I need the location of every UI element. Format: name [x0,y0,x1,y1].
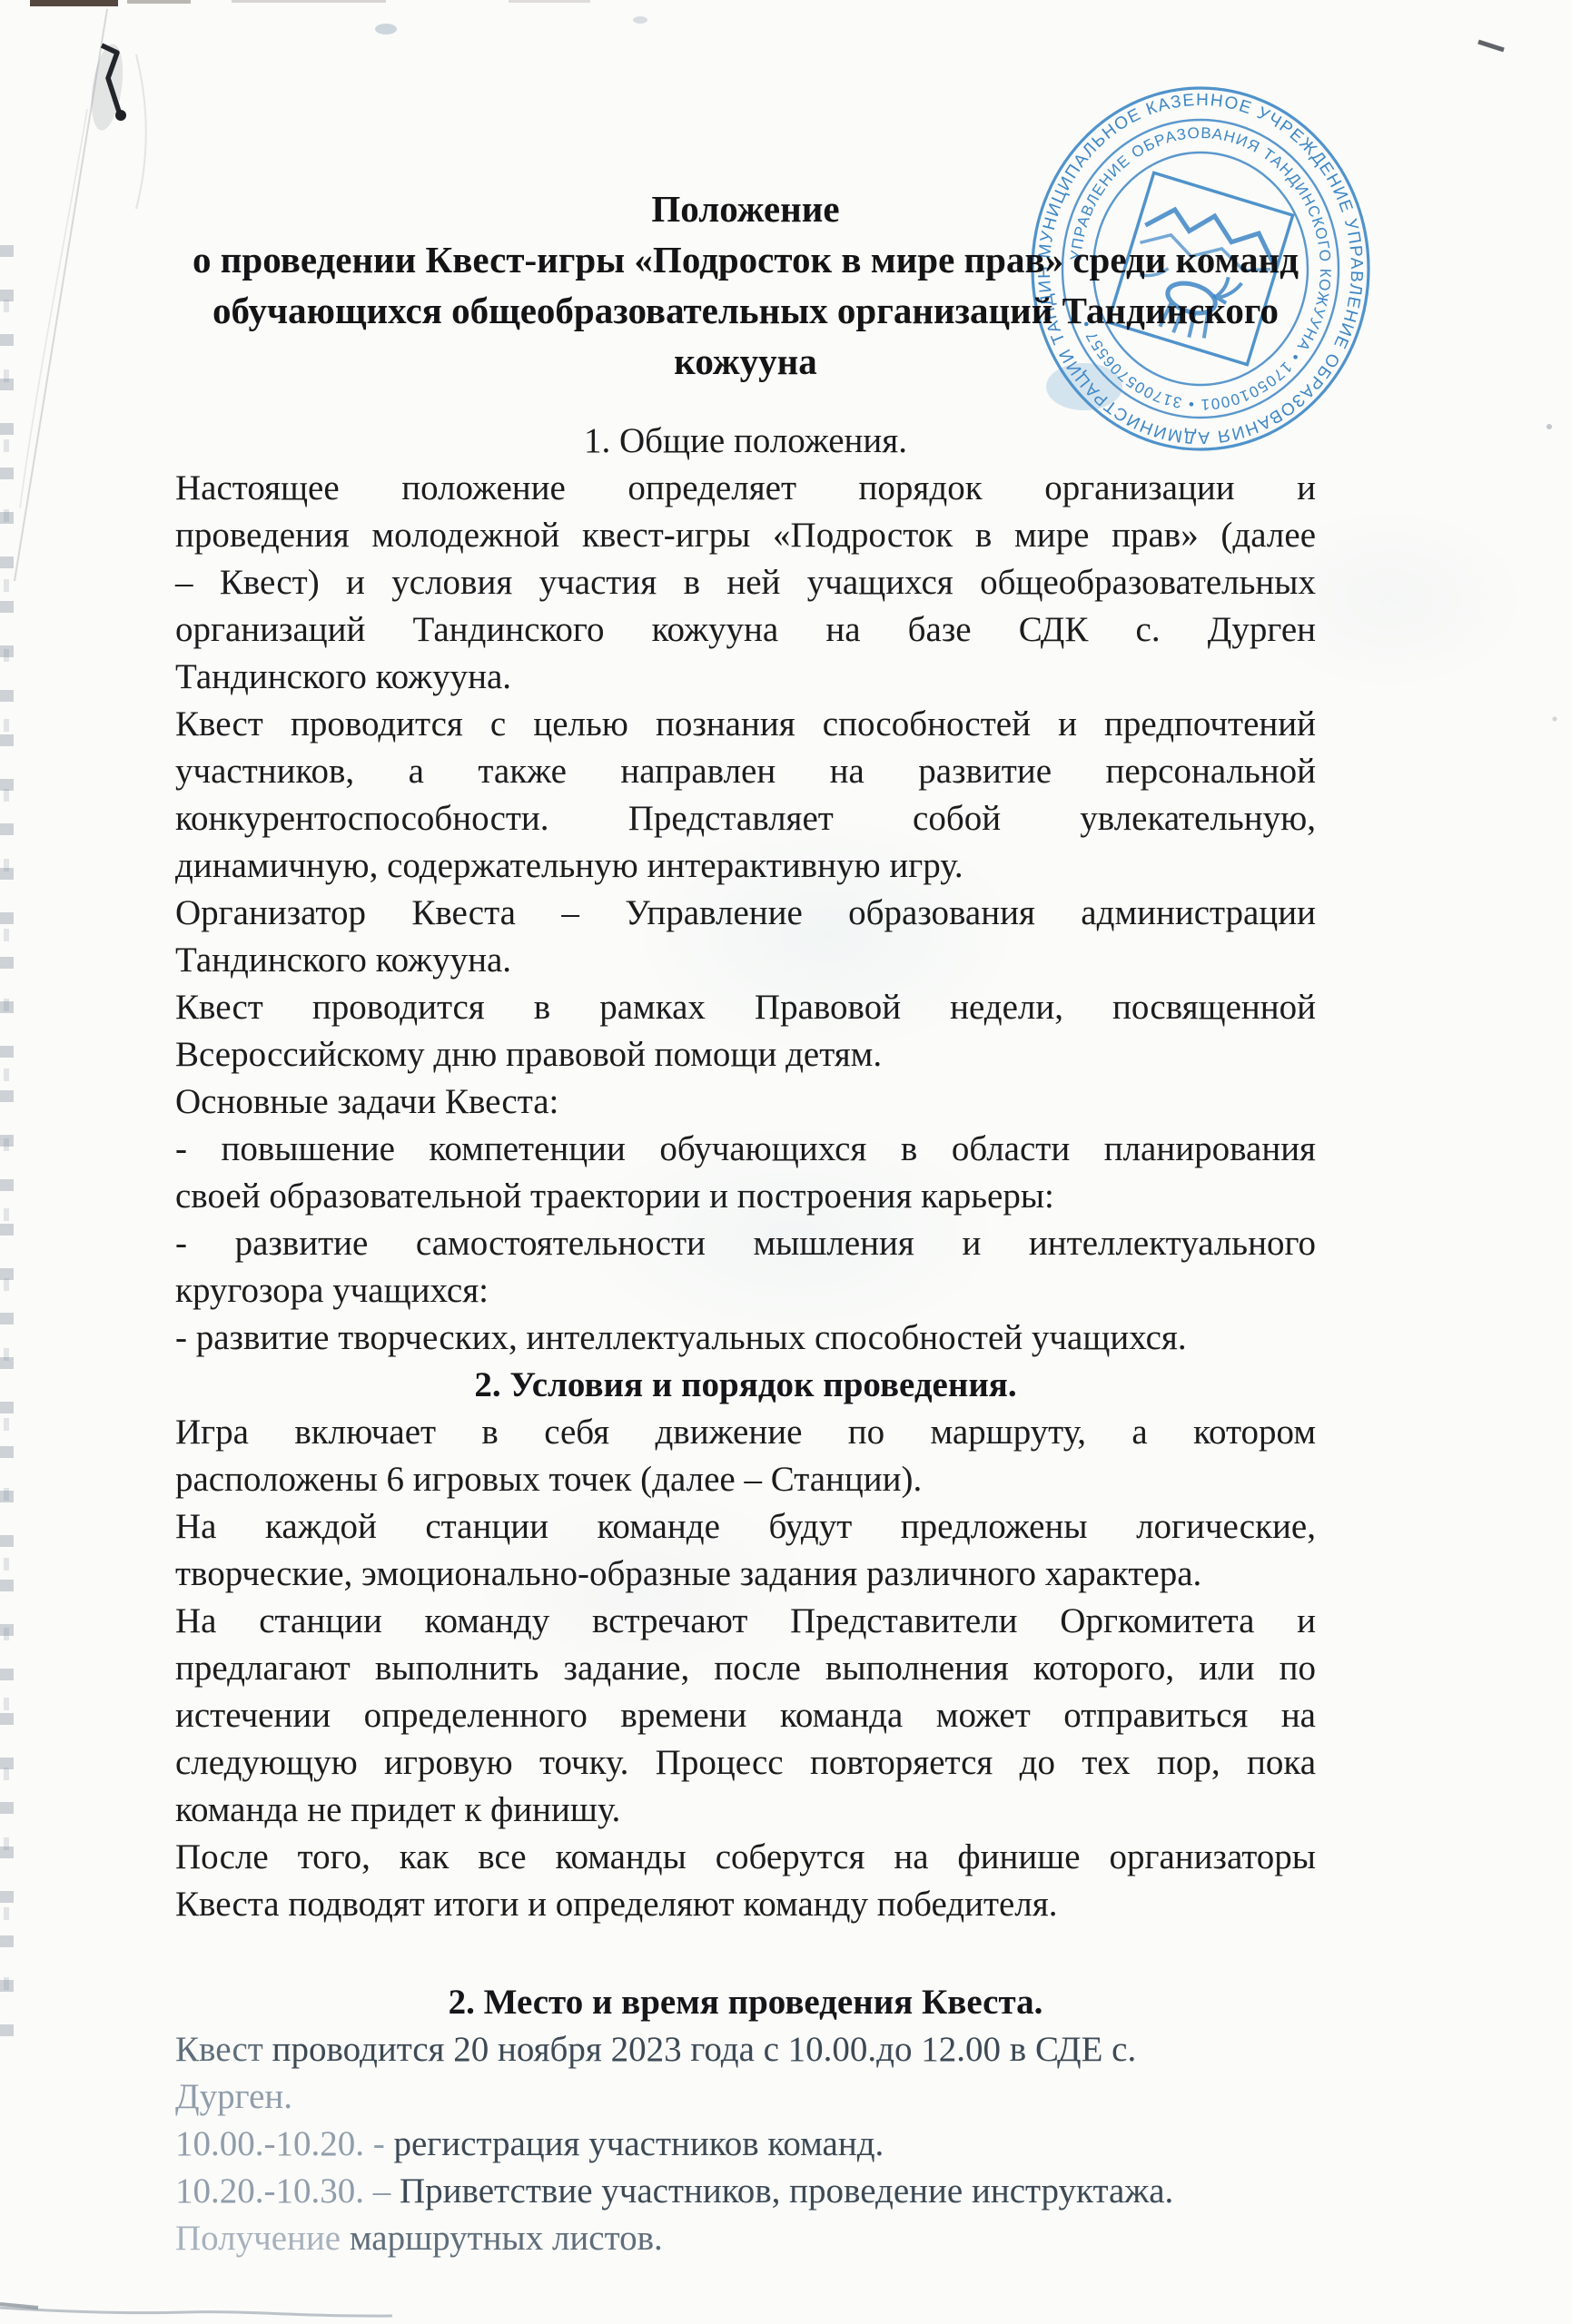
text-segment: маршрутных листов. [350,2219,663,2258]
ink-speck [633,16,647,24]
ink-speck [1553,717,1557,722]
document-title-line: Положение [175,183,1316,234]
section-heading-general: 1. Общие положения. [175,418,1316,465]
document-title-line: кожууна [175,336,1316,387]
paper-crease [20,109,87,508]
section-heading-rules: 2. Условия и порядок проведения. [175,1362,1316,1409]
text-line: Основные задачи Квеста: [175,1078,1316,1126]
text-line: После того, как все команды соберутся на… [175,1834,1316,1881]
text-line: кругозора учащихся: [175,1267,1316,1315]
torn-edge-artifacts [0,245,14,2043]
text-line: следующую игровую точку. Процесс повторя… [175,1739,1316,1787]
text-line: истечении определенного времени команда … [175,1692,1316,1739]
text-line: Тандинского кожууна. [175,654,1316,701]
paper-crease [15,9,107,581]
document-body: 1. Общие положения.Настоящее положение о… [175,418,1316,2262]
text-line: Организатор Квеста – Управление образова… [175,890,1316,937]
document-title-line: о проведении Квест-игры «Подросток в мир… [175,234,1316,285]
text-line: команда не придет к финишу. [175,1787,1316,1834]
text-line: - повышение компетенции обучающихся в об… [175,1126,1316,1173]
text-line: Настоящее положение определяет порядок о… [175,465,1316,512]
document-title-line: обучающихся общеобразовательных организа… [175,285,1316,336]
text-line: Игра включает в себя движение по маршрут… [175,1409,1316,1456]
top-edge-strip [30,0,118,6]
text-line: Дурген. [175,2073,1316,2121]
text-line: своей образовательной траектории и постр… [175,1173,1316,1220]
staple-mark [102,45,120,114]
text-line: творческие, эмоционально-образные задани… [175,1551,1316,1598]
bottom-edge-line [0,2304,38,2308]
scanned-document-page: Положение о проведении Квест-игры «Подро… [0,0,1571,2324]
text-line: динамичную, содержательную интерактивную… [175,842,1316,890]
bottom-edge-line [0,2308,392,2316]
schedule-line: Получение маршрутных листов. [175,2215,1316,2262]
text-segment: Приветствие участников, проведение инстр… [400,2171,1173,2211]
text-segment: 10.20.-10.30. – [175,2171,400,2211]
section-heading-place-time: 2. Место и время проведения Квеста. [175,1979,1316,2026]
top-edge-smudge [232,0,386,3]
text-line: предлагают выполнить задание, после выпо… [175,1645,1316,1692]
text-segment: 10.00.-10.20. - [175,2124,393,2163]
ink-speck [375,24,397,34]
text-line: Квест проводится с целью познания способ… [175,701,1316,748]
text-line: организаций Тандинского кожууна на базе … [175,606,1316,654]
text-segment: Квест [175,2030,272,2069]
top-edge-smudge [509,0,590,3]
document-text-block: Положение о проведении Квест-игры «Подро… [175,183,1316,2262]
torn-edge-artifacts [4,272,9,1997]
top-edge-smudge [127,0,191,4]
text-line: Квест проводится в рамках Правовой недел… [175,984,1316,1031]
ink-speck [1546,424,1552,429]
schedule-line: 10.20.-10.30. – Приветствие участников, … [175,2168,1316,2215]
text-line: конкурентоспособности. Представляет собо… [175,795,1316,842]
pencil-smudge [136,54,146,209]
text-segment: Получение [175,2219,350,2258]
text-line: Тандинского кожууна. [175,937,1316,984]
text-line: расположены 6 игровых точек (далее – Ста… [175,1456,1316,1503]
staple-mark [115,110,126,121]
staple-smudge [86,42,127,133]
text-line: Всероссийскому дню правовой помощи детям… [175,1031,1316,1078]
text-line: участников, а также направлен на развити… [175,748,1316,795]
text-line: – Квест) и условия участия в ней учащихс… [175,559,1316,606]
pen-dash [1478,42,1504,50]
text-line: Квеста подводят итоги и определяют коман… [175,1881,1316,1928]
text-line: Квест проводится 20 ноября 2023 года с 1… [175,2026,1316,2073]
text-line: На станции команду встречают Представите… [175,1598,1316,1645]
text-line: - развитие творческих, интеллектуальных … [175,1315,1316,1362]
text-line: На каждой станции команде будут предложе… [175,1503,1316,1551]
text-segment: регистрация участников команд. [393,2124,884,2163]
text-segment: проводится 20 ноября 2023 года с 10.00.д… [272,2030,1137,2069]
schedule-line: 10.00.-10.20. - регистрация участников к… [175,2121,1316,2168]
text-line: - развитие самостоятельности мышления и … [175,1220,1316,1267]
text-line: проведения молодежной квест-игры «Подрос… [175,512,1316,559]
